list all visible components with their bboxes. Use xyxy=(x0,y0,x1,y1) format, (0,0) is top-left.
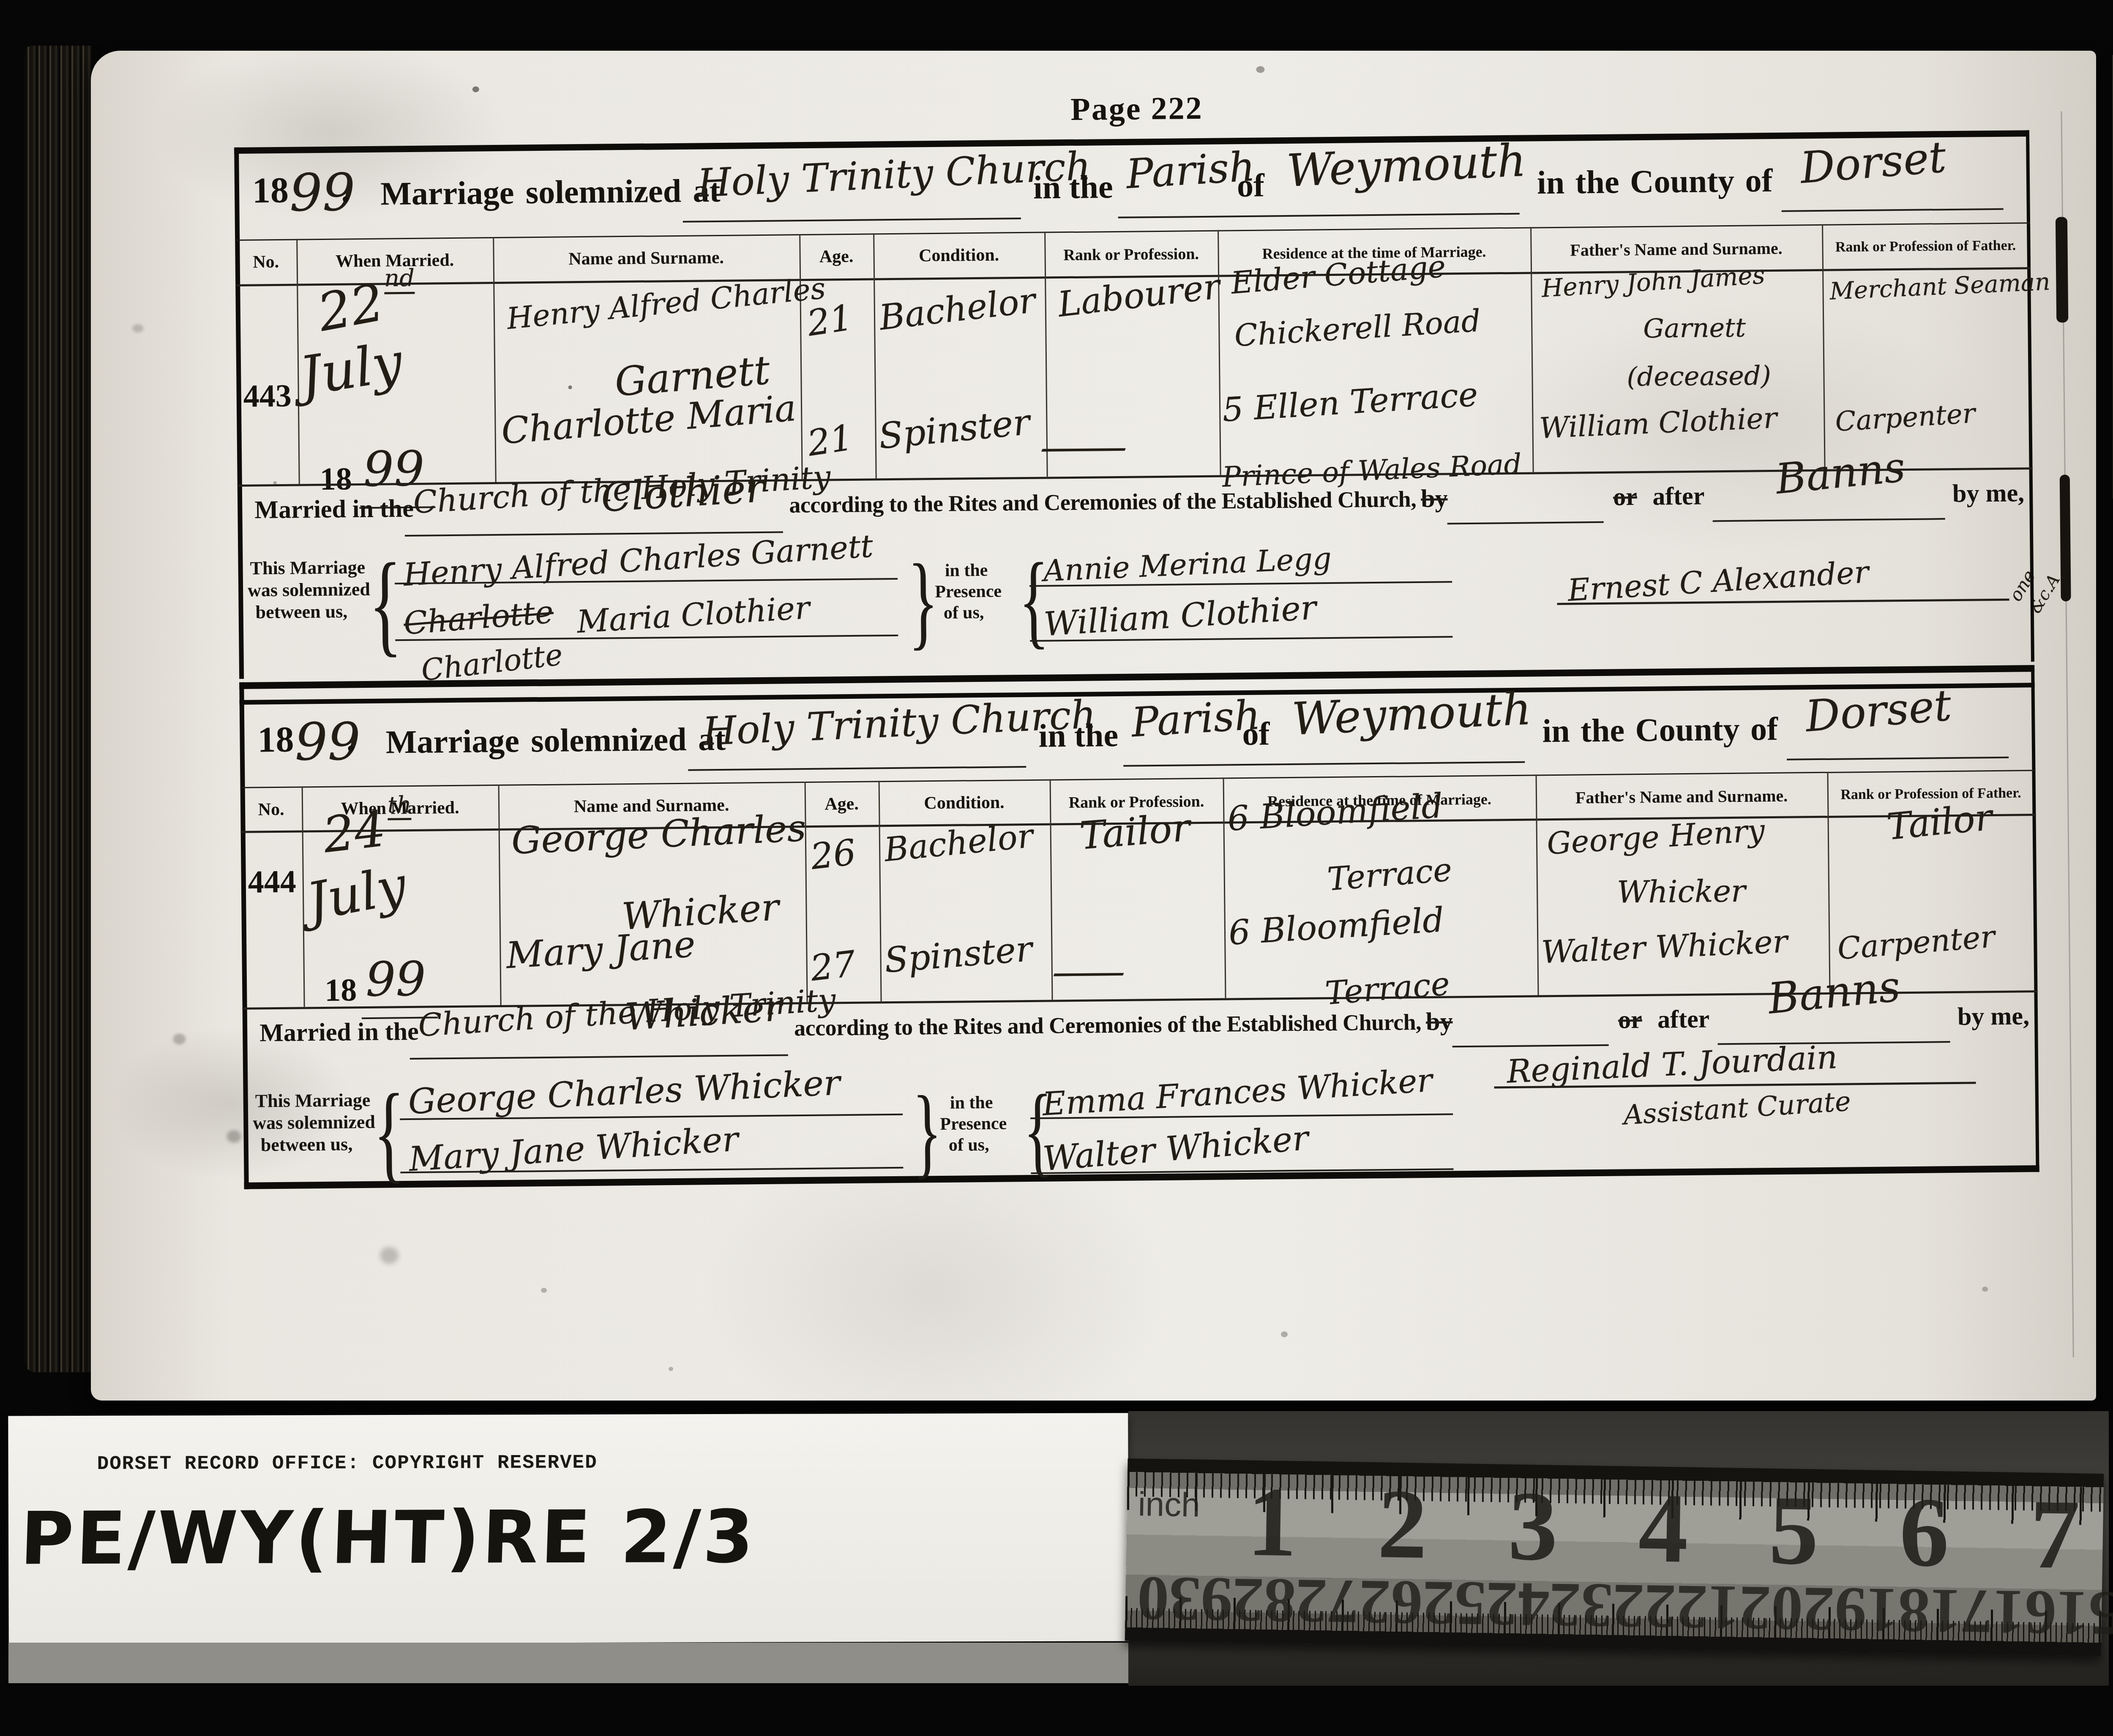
church-name-hw: Holy Trinity Church xyxy=(696,143,1092,206)
by-struck: by xyxy=(1426,1007,1453,1036)
church-name-hw: Holy Trinity Church xyxy=(702,692,1097,754)
entry-number: 443 xyxy=(240,378,295,415)
cm-number: 20 xyxy=(1771,1577,1835,1641)
bride-rank-dash: — xyxy=(1038,425,1130,470)
column-rule xyxy=(1822,224,1826,469)
inch-number: 3 xyxy=(1507,1476,1559,1576)
column-rule xyxy=(1223,778,1226,998)
inch-number: 6 xyxy=(1899,1483,1950,1583)
date-month: July xyxy=(302,855,411,932)
cm-number: 23 xyxy=(1581,1574,1645,1638)
county-hw: Dorset xyxy=(1804,680,1953,742)
couple-signature-bride-struck: Charlotte xyxy=(402,594,555,642)
bride-age: 21 xyxy=(805,417,855,464)
married-in-label: Married in the xyxy=(254,494,414,525)
col-header-age: Age. xyxy=(805,793,879,815)
heading-in-the: in the xyxy=(1033,168,1113,207)
heading-county: in the County of xyxy=(1537,161,1773,202)
witness1-signature: Annie Merina Legg xyxy=(1043,541,1332,588)
table-left-border xyxy=(239,682,249,1189)
column-rule xyxy=(1827,772,1830,992)
col-header-father-rank: Rank or Profession of Father. xyxy=(1822,237,2029,256)
column-rule xyxy=(498,785,502,1005)
foxing-spot xyxy=(541,1288,547,1293)
col-header-condition: Condition. xyxy=(873,245,1044,267)
blank-line xyxy=(1452,1044,1609,1048)
groom-father-rank: Merchant Seaman xyxy=(1829,268,2050,305)
col-header-rank: Rank or Profession. xyxy=(1044,245,1218,265)
year-dot: . xyxy=(341,168,350,210)
banns-hw: Banns xyxy=(1766,962,1903,1024)
underline xyxy=(1118,213,1520,218)
couple-signature-bride: Maria Clothier xyxy=(576,590,811,640)
bride-residence-line1: 5 Ellen Terrace xyxy=(1221,376,1479,429)
col-header-no: No. xyxy=(235,252,296,273)
witness1-signature: Emma Frances Whicker xyxy=(1041,1061,1433,1123)
rites-text: according to the Rites and Ceremonies of… xyxy=(789,486,1417,518)
inch-number: 4 xyxy=(1638,1478,1689,1578)
brace-open: { xyxy=(373,1069,406,1196)
cm-number: 26 xyxy=(1390,1571,1455,1635)
by-me-label: by me, xyxy=(1957,1001,2030,1031)
groom-father-line2: Garnett xyxy=(1643,312,1746,344)
foxing-spot xyxy=(669,1367,673,1371)
presence-label-l1: in the xyxy=(950,1093,993,1113)
underline xyxy=(410,1054,788,1060)
ruler-cm-numbers: 30 29 28 27 26 25 24 23 22 21 20 19 18 1… xyxy=(1137,1567,2034,1644)
solemnized-label-l2: was solemnized xyxy=(253,1111,375,1134)
date-year-printed: 18 xyxy=(325,972,357,1009)
marriage-entry-444: 18 99 . Marriage solemnized at Holy Trin… xyxy=(239,665,2040,1196)
married-in-label: Married in the xyxy=(259,1017,419,1048)
label-shadow-strip xyxy=(8,1643,1128,1683)
heading-of: of xyxy=(1237,166,1265,205)
year-dot: . xyxy=(346,717,355,760)
col-header-father-name: Father's Name and Surname. xyxy=(1530,238,1822,261)
table-right-border xyxy=(2031,665,2039,1172)
solemnized-label-l3: between us, xyxy=(261,1133,353,1156)
cm-number: 22 xyxy=(1644,1575,1708,1639)
heading-solemnized: Marriage solemnized at xyxy=(380,172,721,213)
column-rule xyxy=(1218,230,1221,475)
bride-father: Walter Whicker xyxy=(1541,924,1788,971)
foxing-spot xyxy=(380,1247,399,1264)
year-printed: 18 xyxy=(252,169,289,212)
bride-residence-line2: Terrace xyxy=(1324,965,1451,1012)
banns-hw: Banns xyxy=(1774,443,1908,504)
archive-label: DORSET RECORD OFFICE: COPYRIGHT RESERVED… xyxy=(8,1413,1128,1644)
label-reference: PE/WY(HT)RE 2/3 xyxy=(19,1494,758,1581)
cm-number: 25 xyxy=(1454,1572,1518,1636)
presence-label-l3: of us, xyxy=(944,602,984,623)
cm-number: 21 xyxy=(1707,1575,1772,1640)
inch-number: 1 xyxy=(1246,1472,1297,1572)
column-rule xyxy=(799,234,803,479)
bride-residence-line1: 6 Bloomfield xyxy=(1228,900,1445,952)
bride-rank-dash: — xyxy=(1050,949,1127,995)
marriage-entry-443: 18 99 . Marriage solemnized at Holy Trin… xyxy=(234,124,2035,680)
foxing-spot xyxy=(132,324,143,332)
cm-number: 16 xyxy=(2024,1581,2088,1645)
cm-number: 28 xyxy=(1264,1569,1328,1633)
groom-age: 26 xyxy=(808,831,858,878)
bride-father: William Clothier xyxy=(1539,401,1778,445)
brace-close: } xyxy=(907,540,939,662)
county-hw: Dorset xyxy=(1798,132,1948,193)
foxing-spot xyxy=(472,86,479,92)
foxing-spot xyxy=(173,1033,186,1044)
col-header-condition: Condition. xyxy=(879,792,1050,814)
ink-blob xyxy=(2056,217,2068,322)
underline xyxy=(1123,761,1525,767)
by-struck: by xyxy=(1421,484,1448,513)
groom-condition: Bachelor xyxy=(877,281,1038,338)
inch-number: 2 xyxy=(1377,1474,1428,1574)
page-content: Page 222 one &c.A 18 99 . Marriage solem… xyxy=(90,35,2108,1404)
after-word: after xyxy=(1657,1005,1710,1034)
heading-of: of xyxy=(1242,714,1270,753)
bride-name-line1: Mary Jane xyxy=(505,923,697,977)
blank-line xyxy=(1447,521,1604,525)
foxing-spot xyxy=(227,1130,241,1143)
underline xyxy=(1787,757,2009,760)
year-printed: 18 xyxy=(257,718,294,761)
scanned-register-image: Page 222 one &c.A 18 99 . Marriage solem… xyxy=(0,0,2113,1736)
or-word: or xyxy=(1613,482,1637,512)
heading-in-the: in the xyxy=(1038,716,1118,755)
witness2-signature: Walter Whicker xyxy=(1041,1118,1310,1179)
solemnized-label-l1: This Marriage xyxy=(250,556,365,579)
col-header-father-name: Father's Name and Surname. xyxy=(1536,785,1827,808)
cm-number: 18 xyxy=(1897,1579,1962,1643)
date-day: 22 xyxy=(313,272,389,343)
cm-number: 19 xyxy=(1834,1578,1898,1642)
groom-rank: Labourer xyxy=(1056,267,1222,325)
cm-number: 27 xyxy=(1327,1570,1391,1634)
groom-father-line1: Henry John James xyxy=(1541,260,1766,303)
solemnized-label-l3: between us, xyxy=(255,600,347,623)
foxing-spot xyxy=(1256,66,1264,73)
foxing-spot xyxy=(1982,1286,1988,1292)
cm-number: 29 xyxy=(1200,1568,1264,1632)
underline xyxy=(683,218,1021,223)
date-suffix: th xyxy=(388,791,412,820)
presence-label-l2: Presence xyxy=(940,1113,1007,1134)
groom-father-line3: (deceased) xyxy=(1627,360,1771,392)
col-header-name: Name and Surname. xyxy=(493,247,799,270)
couple-signature-groom: George Charles Whicker xyxy=(407,1063,841,1122)
bride-father-rank: Carpenter xyxy=(1834,398,1976,438)
cm-number: 17 xyxy=(1961,1580,2025,1644)
ruler: inch 1 2 3 4 5 6 7 30 29 28 27 26 25 24 … xyxy=(1125,1458,2104,1656)
rites-text: according to the Rites and Ceremonies of… xyxy=(794,1009,1422,1041)
date-year-printed: 18 xyxy=(319,461,352,498)
presence-label-l1: in the xyxy=(945,560,988,581)
inch-number: 7 xyxy=(2029,1484,2080,1584)
underline xyxy=(1782,208,2004,212)
foxing-spot xyxy=(1281,1331,1288,1337)
cm-number: 15 xyxy=(2088,1582,2113,1646)
column-rule xyxy=(493,237,497,482)
table-right-border xyxy=(2026,130,2034,662)
after-word: after xyxy=(1652,482,1705,511)
bride-father-rank: Carpenter xyxy=(1836,918,1996,966)
bride-condition: Spinster xyxy=(877,401,1032,457)
ruler-unit-label: inch xyxy=(1138,1485,1200,1524)
groom-father-rank: Tailor xyxy=(1885,796,1994,848)
inch-number: 5 xyxy=(1768,1480,1819,1581)
by-me-label: by me, xyxy=(1952,478,2025,508)
date-year-hw: 99 xyxy=(365,952,426,1007)
presence-label-l2: Presence xyxy=(935,581,1002,602)
presence-label-l3: of us, xyxy=(949,1135,989,1156)
column-rule xyxy=(879,781,882,1001)
date-month: July xyxy=(296,331,407,408)
underline xyxy=(688,766,1026,771)
witness2-signature: William Clothier xyxy=(1043,589,1318,644)
label-office-line: DORSET RECORD OFFICE: COPYRIGHT RESERVED xyxy=(97,1452,598,1475)
groom-father-line2: Whicker xyxy=(1617,873,1746,910)
column-rule xyxy=(1530,227,1534,472)
register-page: Page 222 one &c.A 18 99 . Marriage solem… xyxy=(91,51,2096,1401)
col-header-age: Age. xyxy=(799,246,873,267)
groom-rank: Tailor xyxy=(1078,805,1192,858)
groom-residence-line2: Terrace xyxy=(1326,850,1453,898)
page-number: Page 222 xyxy=(1070,90,1203,128)
heading-solemnized: Marriage solemnized at xyxy=(385,720,726,761)
cm-number: 30 xyxy=(1137,1567,1201,1631)
cm-number: 24 xyxy=(1517,1572,1581,1637)
entry-number: 444 xyxy=(244,864,300,901)
or-word: or xyxy=(1618,1005,1642,1035)
col-header-father-rank: Rank or Profession of Father. xyxy=(1827,785,2034,803)
book-page-edges xyxy=(25,46,92,1372)
brace-close: } xyxy=(912,1073,942,1190)
column-rule xyxy=(302,786,305,1007)
col-header-no: No. xyxy=(240,799,302,820)
underline xyxy=(405,531,783,537)
underline xyxy=(1713,518,1945,522)
solemnized-label-l1: This Marriage xyxy=(255,1089,371,1112)
officiant-title: Assistant Curate xyxy=(1622,1086,1851,1131)
solemnized-label-l2: was solemnized xyxy=(248,578,370,601)
place-hw: Weymouth xyxy=(1286,134,1527,197)
brace-open: { xyxy=(368,537,402,670)
groom-residence-line2: Chickerell Road xyxy=(1233,303,1482,353)
column-rule xyxy=(873,233,877,478)
heading-county: in the County of xyxy=(1542,710,1778,750)
bride-condition: Spinster xyxy=(883,929,1034,981)
groom-age: 21 xyxy=(804,297,855,344)
date-suffix: nd xyxy=(384,264,415,294)
date-day: 24 xyxy=(320,800,388,864)
place-hw: Weymouth xyxy=(1291,683,1532,745)
